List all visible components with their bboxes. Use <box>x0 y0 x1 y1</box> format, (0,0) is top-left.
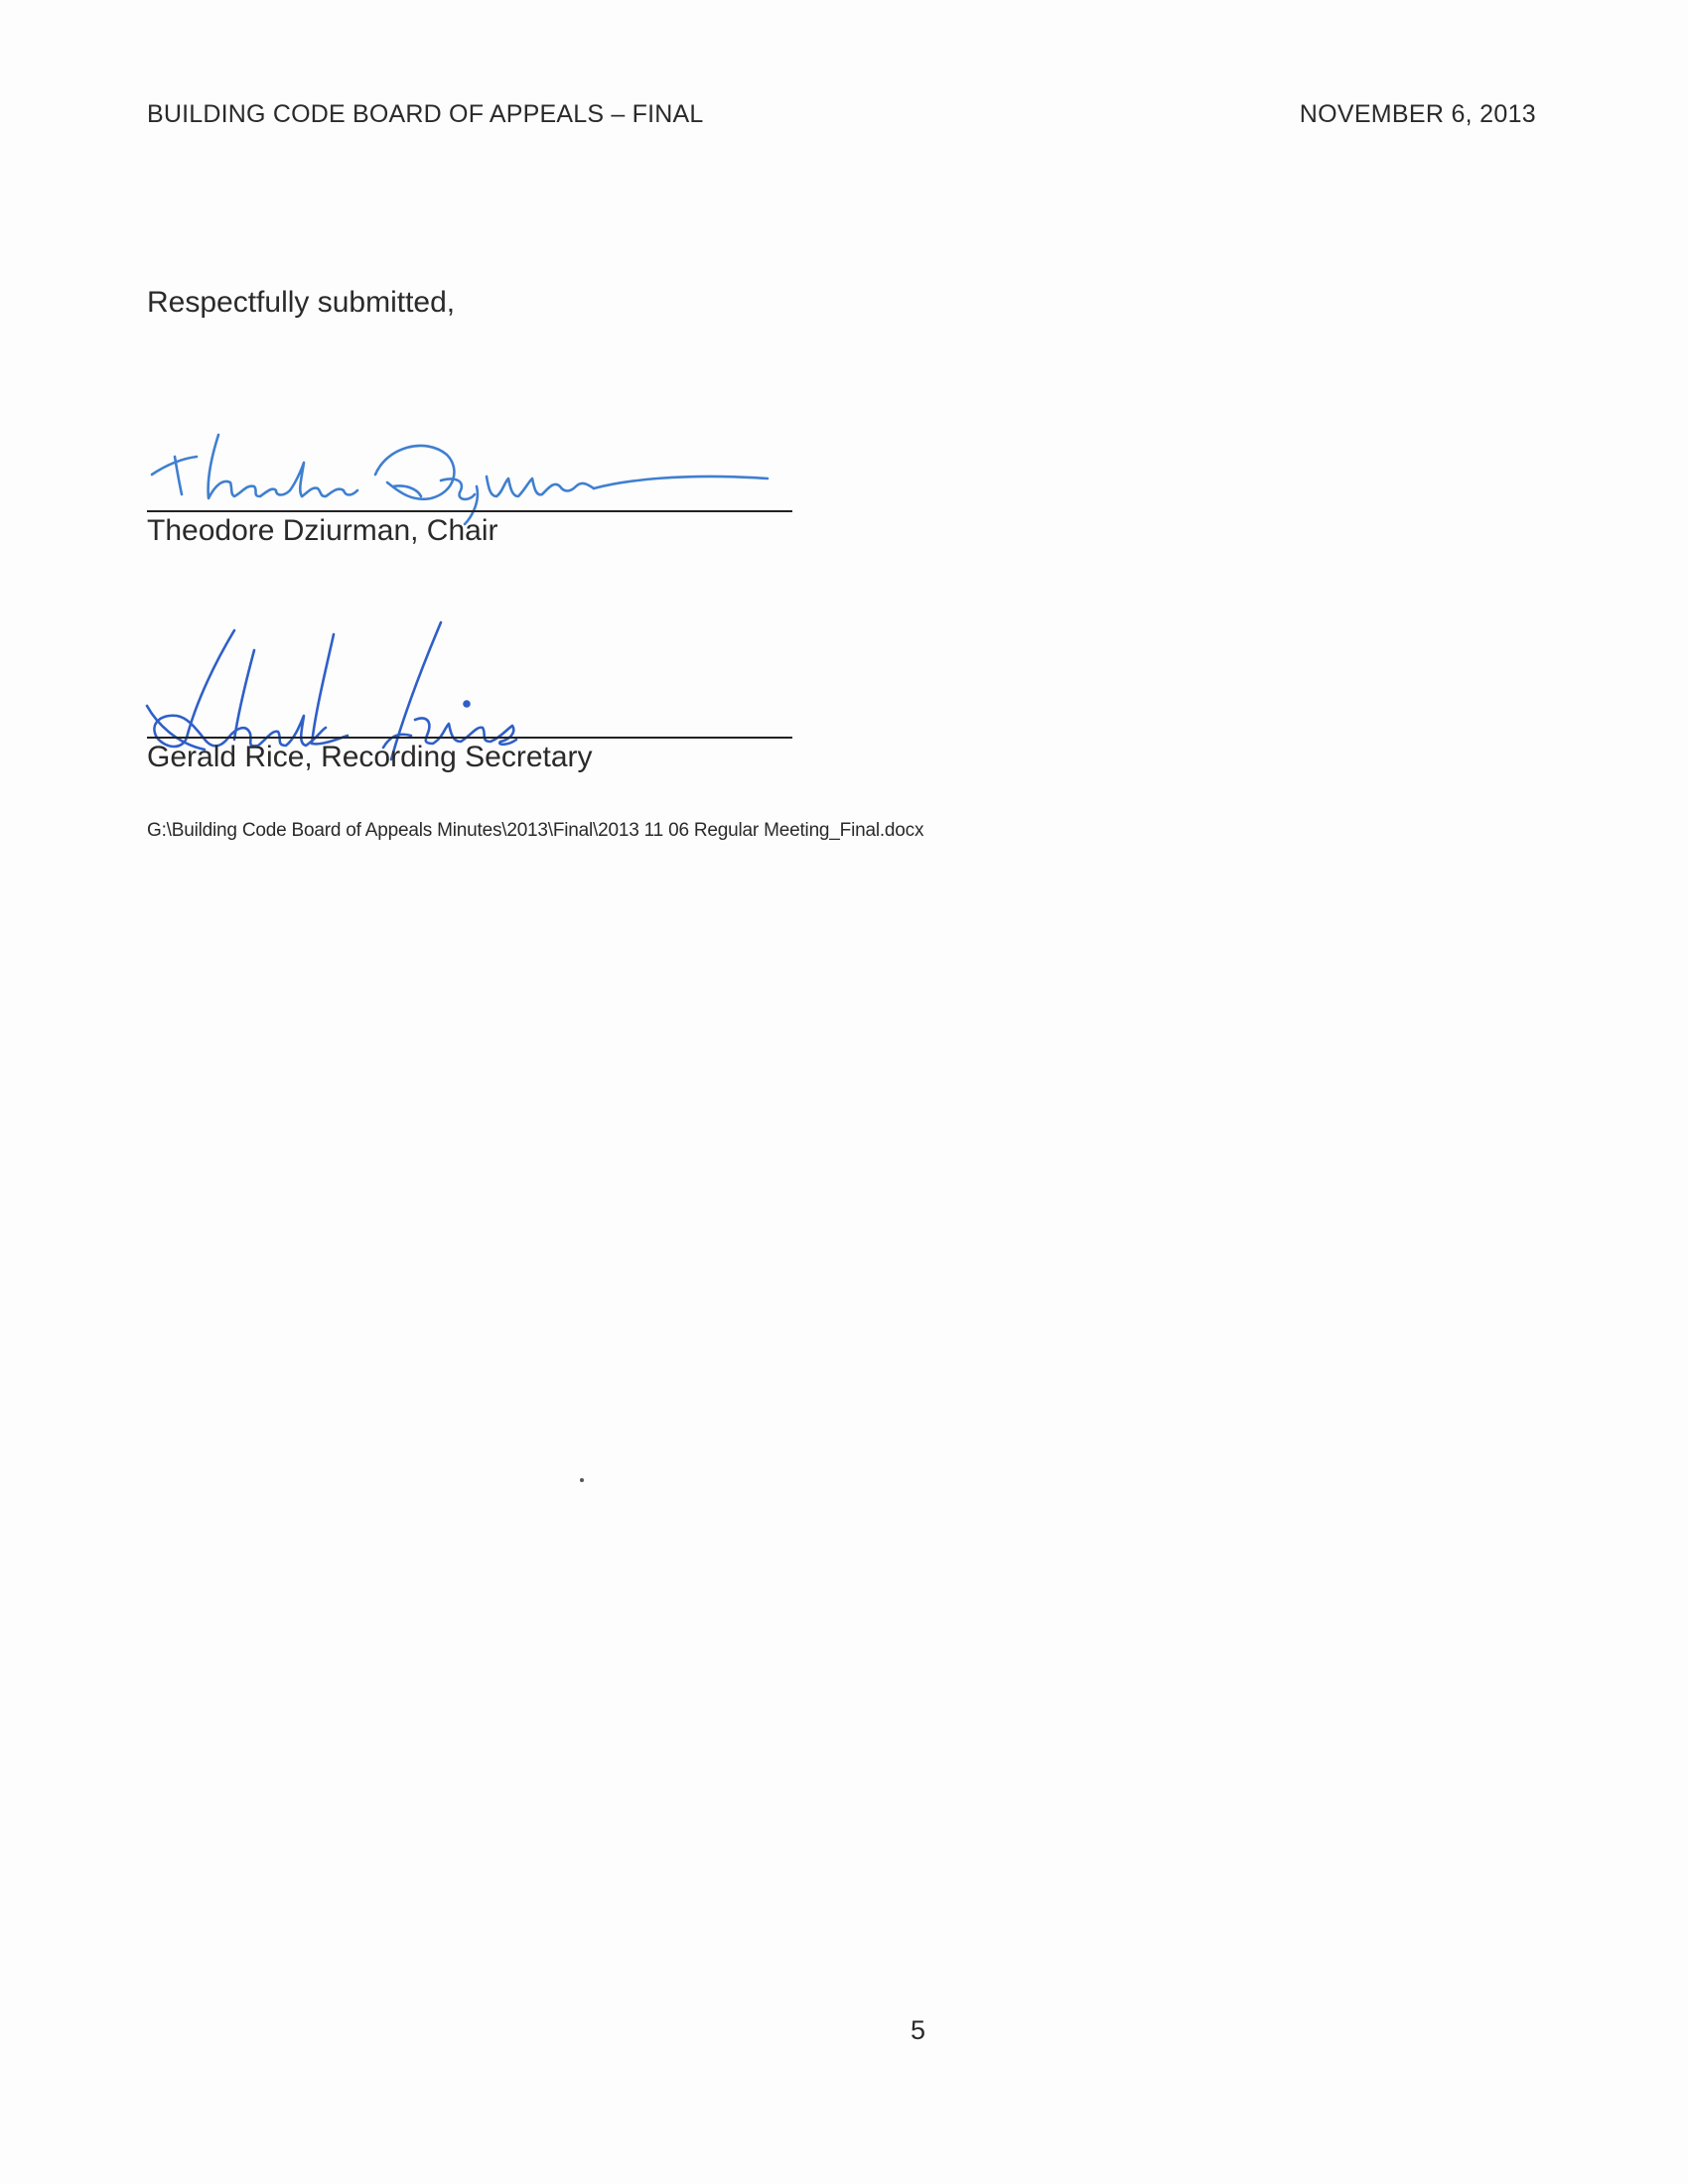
signatory-name-chair: Theodore Dziurman, Chair <box>147 514 497 548</box>
document-title: BUILDING CODE BOARD OF APPEALS – FINAL <box>147 100 704 129</box>
closing-text: Respectfully submitted, <box>147 286 455 320</box>
file-path-footer: G:\Building Code Board of Appeals Minute… <box>147 820 923 842</box>
scan-speck <box>580 1478 584 1482</box>
signature-block-chair: Theodore Dziurman, Chair <box>147 407 792 556</box>
signatory-name-secretary: Gerald Rice, Recording Secretary <box>147 741 593 774</box>
signature-line <box>147 737 792 739</box>
signature-block-secretary: Gerald Rice, Recording Secretary <box>147 620 792 789</box>
signature-line <box>147 510 792 512</box>
handwritten-signature-icon <box>127 407 802 526</box>
document-date: NOVEMBER 6, 2013 <box>1300 100 1536 129</box>
page-number: 5 <box>911 2015 925 2046</box>
